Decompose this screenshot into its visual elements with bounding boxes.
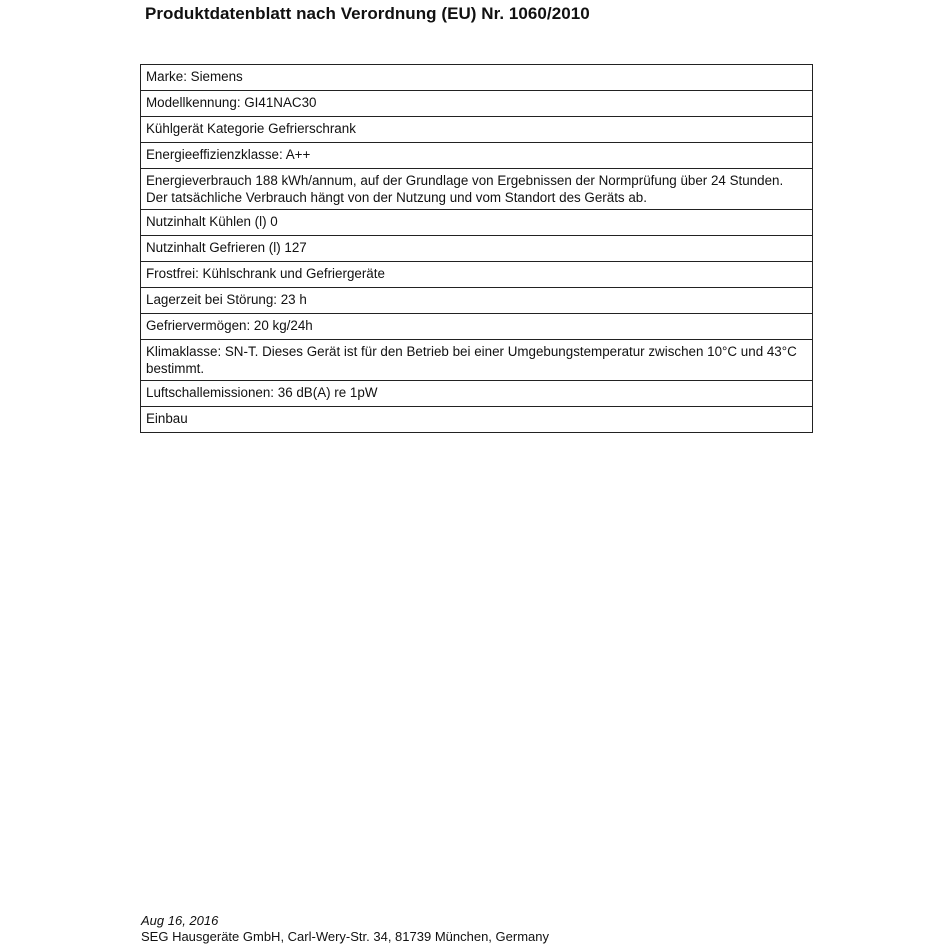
table-row: Einbau: [141, 407, 813, 433]
table-row: Nutzinhalt Kühlen (l) 0: [141, 210, 813, 236]
product-data-table: Marke: Siemens Modellkennung: GI41NAC30 …: [140, 64, 813, 433]
footer-address: SEG Hausgeräte GmbH, Carl-Wery-Str. 34, …: [141, 929, 549, 945]
table-row: Lagerzeit bei Störung: 23 h: [141, 288, 813, 314]
row-climate-class: Klimaklasse: SN-T. Dieses Gerät ist für …: [141, 340, 813, 381]
table-row: Frostfrei: Kühlschrank und Gefriergeräte: [141, 262, 813, 288]
row-freezing-capacity: Gefriervermögen: 20 kg/24h: [141, 314, 813, 340]
table-row: Energieverbrauch 188 kWh/annum, auf der …: [141, 169, 813, 210]
table-row: Energieeffizienzklasse: A++: [141, 143, 813, 169]
table-row: Modellkennung: GI41NAC30: [141, 91, 813, 117]
row-capacity-freezing: Nutzinhalt Gefrieren (l) 127: [141, 236, 813, 262]
footer-date: Aug 16, 2016: [141, 913, 549, 929]
row-energy-class: Energieeffizienzklasse: A++: [141, 143, 813, 169]
row-category: Kühlgerät Kategorie Gefrierschrank: [141, 117, 813, 143]
row-model-id: Modellkennung: GI41NAC30: [141, 91, 813, 117]
row-installation: Einbau: [141, 407, 813, 433]
row-frost-free: Frostfrei: Kühlschrank und Gefriergeräte: [141, 262, 813, 288]
row-storage-time: Lagerzeit bei Störung: 23 h: [141, 288, 813, 314]
table-row: Luftschallemissionen: 36 dB(A) re 1pW: [141, 381, 813, 407]
footer: Aug 16, 2016 SEG Hausgeräte GmbH, Carl-W…: [141, 913, 549, 945]
row-energy-consumption: Energieverbrauch 188 kWh/annum, auf der …: [141, 169, 813, 210]
table-row: Kühlgerät Kategorie Gefrierschrank: [141, 117, 813, 143]
table-row: Marke: Siemens: [141, 65, 813, 91]
table-row: Nutzinhalt Gefrieren (l) 127: [141, 236, 813, 262]
table-row: Klimaklasse: SN-T. Dieses Gerät ist für …: [141, 340, 813, 381]
table-row: Gefriervermögen: 20 kg/24h: [141, 314, 813, 340]
row-capacity-cooling: Nutzinhalt Kühlen (l) 0: [141, 210, 813, 236]
row-brand: Marke: Siemens: [141, 65, 813, 91]
document-title: Produktdatenblatt nach Verordnung (EU) N…: [145, 4, 590, 24]
row-noise-emissions: Luftschallemissionen: 36 dB(A) re 1pW: [141, 381, 813, 407]
